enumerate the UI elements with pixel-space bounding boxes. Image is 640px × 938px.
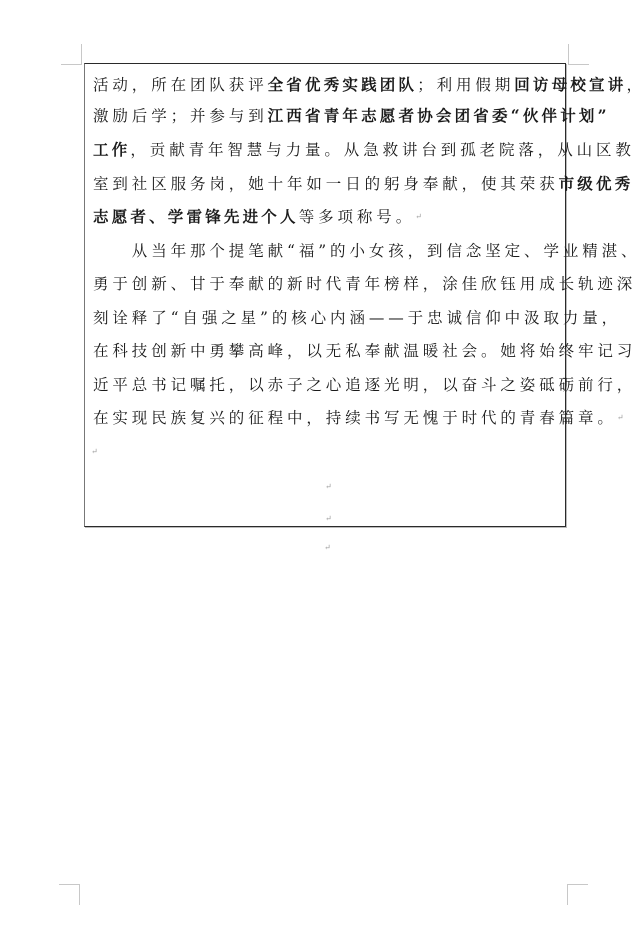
text-box-frame[interactable]: 活动，所在团队获评全省优秀实践团队；利用假期回访母校宣讲， 激励后学；并参与到江… [84, 63, 566, 527]
paragraph-mark-icon: ↵ [415, 212, 422, 221]
paragraph-mark-icon: ↵ [91, 448, 98, 456]
paragraph-mark-icon: ↵ [324, 544, 331, 552]
paragraph-1-line-3[interactable]: 工作，贡献青年智慧与力量。从急救讲台到孤老院落，从山区教 [93, 140, 635, 160]
page-corner-mark-top-right [568, 44, 589, 65]
text-run: ， [626, 76, 640, 94]
bold-text-run: 市级优秀 [559, 174, 634, 193]
paragraph-1-line-4[interactable]: 室到社区服务岗，她十年如一日的躬身奉献，使其荣获市级优秀 [93, 174, 633, 194]
paragraph-2-line-5[interactable]: 近平总书记嘱托，以赤子之心追逐光明，以奋斗之姿砥砺前行， [93, 375, 636, 395]
paragraph-2-line-3[interactable]: 刻诠释了“自强之星”的核心内涵——于忠诚信仰中汲取力量， [93, 308, 621, 328]
paragraph-mark-icon: ↵ [617, 413, 624, 422]
paragraph-mark-icon: ↵ [325, 483, 332, 491]
text-run: 活动，所在团队获评 [93, 76, 268, 94]
text-run: 室到社区服务岗，她十年如一日的躬身奉献，使其荣获 [93, 175, 559, 193]
text-run: 等多项称号。 [299, 208, 415, 226]
bold-text-run: 志愿者、学雷锋先进个人 [93, 207, 299, 226]
text-run: ，贡献青年智慧与力量。从急救讲台到孤老院落，从山区教 [130, 141, 634, 159]
bold-text-run: 回访母校宣讲 [514, 75, 626, 94]
paragraph-2-line-4[interactable]: 在科技创新中勇攀高峰，以无私奉献温暖社会。她将始终牢记习 [93, 341, 636, 361]
page-corner-mark-top-left [61, 44, 82, 65]
bold-text-run: 工作 [93, 140, 130, 159]
paragraph-1-line-2[interactable]: 激励后学；并参与到江西省青年志愿者协会团省委“伙伴计划” [93, 106, 610, 126]
bold-text-run: 全省优秀实践团队 [268, 75, 418, 94]
paragraph-2-line-6[interactable]: 在实现民族复兴的征程中，持续书写无愧于时代的青春篇章。↵ [93, 408, 624, 428]
text-run: 激励后学；并参与到 [93, 107, 268, 125]
paragraph-2-line-1[interactable]: 从当年那个提笔献“福”的小女孩，到信念坚定、学业精湛、 [93, 241, 640, 261]
paragraph-1-line-5[interactable]: 志愿者、学雷锋先进个人等多项称号。↵ [93, 207, 422, 227]
text-run: 在实现民族复兴的征程中，持续书写无愧于时代的青春篇章。 [93, 409, 617, 427]
paragraph-2-line-2[interactable]: 勇于创新、甘于奉献的新时代青年榜样，涂佳欣钰用成长轨迹深 [93, 274, 636, 294]
bold-text-run: 江西省青年志愿者协会团省委“伙伴计划” [268, 106, 610, 125]
paragraph-1-line-1[interactable]: 活动，所在团队获评全省优秀实践团队；利用假期回访母校宣讲， [93, 75, 640, 95]
text-run: ；利用假期 [417, 76, 514, 94]
paragraph-mark-icon: ↵ [325, 515, 332, 523]
page-corner-mark-bottom-left [59, 884, 80, 905]
page-corner-mark-bottom-right [567, 884, 588, 905]
